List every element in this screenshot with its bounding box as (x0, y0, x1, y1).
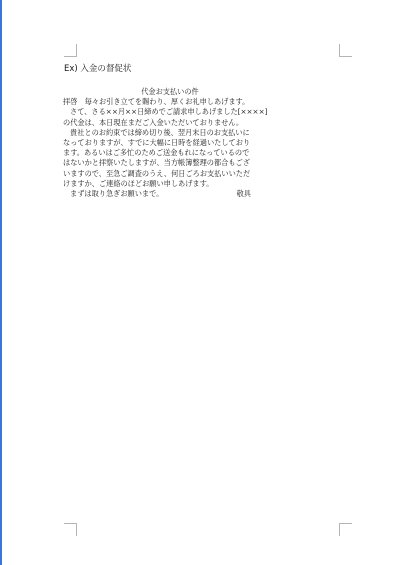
letter-line: さて、さる××月××日締めでご請求申しあげました[××××] (63, 107, 273, 117)
crop-mark-bottom-left (64, 523, 77, 536)
crop-mark-top-left (64, 44, 77, 57)
letter-subject: 代金お支払いの件 (63, 87, 273, 97)
letter-body: 代金お支払いの件 拝啓 毎々お引き立てを賜わり、厚くお礼申しあげます。 さて、さ… (63, 87, 273, 199)
letter-line: 拝啓 毎々お引き立てを賜わり、厚くお礼申しあげます。 (63, 97, 273, 107)
letter-line: はないかと拝察いたしますが、当方帳簿整理の都合もござ (63, 158, 273, 168)
closing-text: まずは取り急ぎお願いまで。 (70, 189, 163, 199)
document-page: Ex) 入金の督促状 代金お支払いの件 拝啓 毎々お引き立てを賜わり、厚くお礼申… (0, 0, 400, 565)
letter-line: いますので、至急ご調査のうえ、何日ごろお支払いいただ (63, 169, 273, 179)
crop-mark-bottom-right (339, 523, 352, 536)
letter-line: けますか、ご連絡のほどお願い申しあげます。 (63, 179, 273, 189)
letter-line: ます。あるいはご多忙のためご送金もれになっているので (63, 148, 273, 158)
closing-salutation: 敬具 (237, 189, 251, 199)
letter-closing: まずは取り急ぎお願いまで。 敬具 (63, 189, 273, 199)
letter-line: の代金は、本日現在まだご入金いただいておりません。 (63, 118, 273, 128)
letter-line: なっておりますが、すでに大幅に日時を経過いたしており (63, 138, 273, 148)
document-heading: Ex) 入金の督促状 (64, 64, 131, 75)
crop-mark-top-right (339, 44, 352, 57)
letter-line: 貴社とのお約束では締め切り後、翌月末日のお支払いに (63, 128, 273, 138)
